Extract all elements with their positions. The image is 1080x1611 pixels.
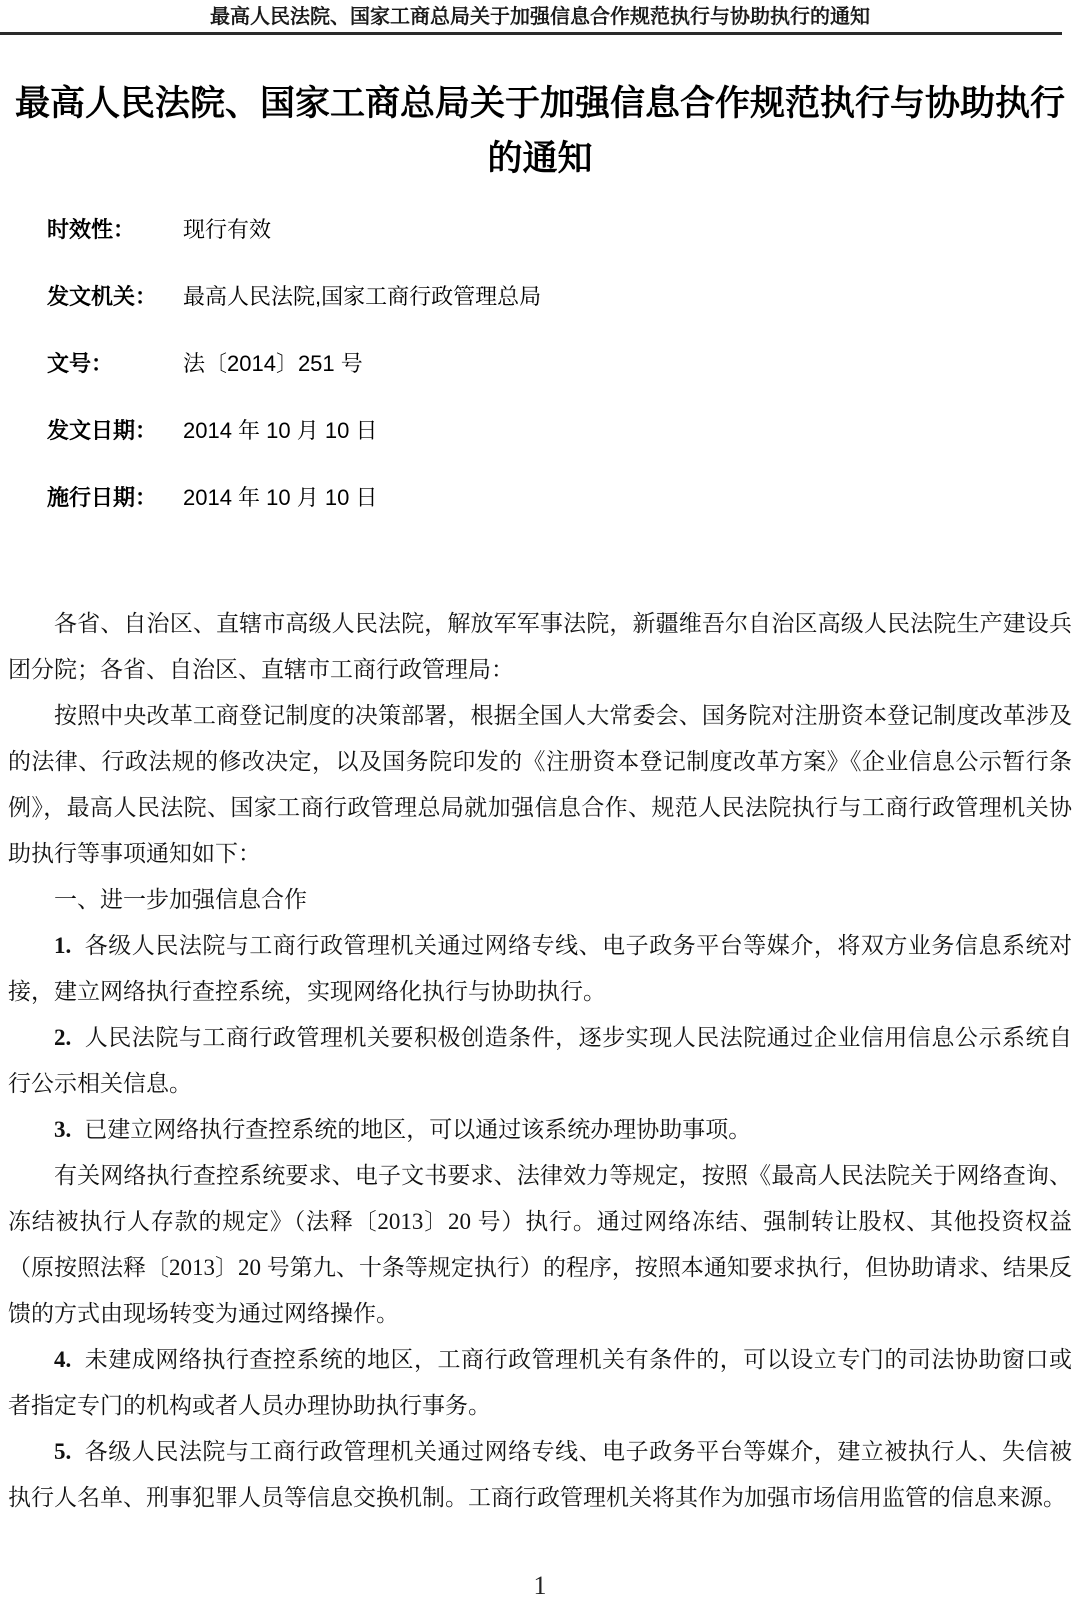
metadata-label: 时效性： xyxy=(47,218,183,241)
running-header: 最高人民法院、国家工商总局关于加强信息合作规范执行与协助执行的通知 xyxy=(0,0,1080,30)
metadata-value: 法〔2014〕251 号 xyxy=(183,352,363,375)
item-text: 已建立网络执行查控系统的地区，可以通过该系统办理协助事项。 xyxy=(84,1117,751,1142)
metadata-value: 2014 年 10 月 10 日 xyxy=(183,486,377,509)
metadata-label: 文号： xyxy=(47,352,183,375)
paragraph: 5.各级人民法院与工商行政管理机关通过网络专线、电子政务平台等媒介，建立被执行人… xyxy=(8,1429,1072,1521)
document-page: 最高人民法院、国家工商总局关于加强信息合作规范执行与协助执行的通知 最高人民法院… xyxy=(0,0,1080,1611)
item-text: 未建成网络执行查控系统的地区，工商行政管理机关有条件的，可以设立专门的司法协助窗… xyxy=(8,1347,1072,1418)
metadata-label: 发文机关： xyxy=(47,285,183,308)
paragraph: 2.人民法院与工商行政管理机关要积极创造条件，逐步实现人民法院通过企业信用信息公… xyxy=(8,1015,1072,1107)
header-rule xyxy=(0,32,1062,35)
item-number: 3. xyxy=(54,1117,71,1142)
document-title: 最高人民法院、国家工商总局关于加强信息合作规范执行与协助执行的通知 xyxy=(10,76,1070,186)
metadata-label: 施行日期： xyxy=(47,486,183,509)
metadata-label: 发文日期： xyxy=(47,419,183,442)
metadata-block: 时效性：现行有效发文机关：最高人民法院,国家工商行政管理总局文号：法〔2014〕… xyxy=(47,218,1080,509)
metadata-row: 发文机关：最高人民法院,国家工商行政管理总局 xyxy=(47,285,1080,308)
item-text: 各级人民法院与工商行政管理机关通过网络专线、电子政务平台等媒介，建立被执行人、失… xyxy=(8,1439,1072,1510)
item-text: 人民法院与工商行政管理机关要积极创造条件，逐步实现人民法院通过企业信用信息公示系… xyxy=(8,1025,1072,1096)
metadata-row: 时效性：现行有效 xyxy=(47,218,1080,241)
item-number: 5. xyxy=(54,1439,71,1464)
metadata-row: 发文日期：2014 年 10 月 10 日 xyxy=(47,419,1080,442)
paragraph: 按照中央改革工商登记制度的决策部署，根据全国人大常委会、国务院对注册资本登记制度… xyxy=(8,693,1072,877)
item-number: 2. xyxy=(54,1025,71,1050)
item-number: 1. xyxy=(54,933,71,958)
metadata-value: 最高人民法院,国家工商行政管理总局 xyxy=(183,285,541,308)
paragraph: 1.各级人民法院与工商行政管理机关通过网络专线、电子政务平台等媒介，将双方业务信… xyxy=(8,923,1072,1015)
document-body: 各省、自治区、直辖市高级人民法院，解放军军事法院，新疆维吾尔自治区高级人民法院生… xyxy=(0,601,1080,1521)
metadata-row: 文号：法〔2014〕251 号 xyxy=(47,352,1080,375)
metadata-row: 施行日期：2014 年 10 月 10 日 xyxy=(47,486,1080,509)
paragraph: 各省、自治区、直辖市高级人民法院，解放军军事法院，新疆维吾尔自治区高级人民法院生… xyxy=(8,601,1072,693)
page-number: 1 xyxy=(0,1571,1080,1601)
item-text: 各级人民法院与工商行政管理机关通过网络专线、电子政务平台等媒介，将双方业务信息系… xyxy=(8,933,1072,1004)
metadata-value: 现行有效 xyxy=(183,218,271,241)
section-heading: 一、进一步加强信息合作 xyxy=(8,877,1072,923)
paragraph: 3.已建立网络执行查控系统的地区，可以通过该系统办理协助事项。 xyxy=(8,1107,1072,1153)
item-number: 4. xyxy=(54,1347,71,1372)
paragraph: 有关网络执行查控系统要求、电子文书要求、法律效力等规定，按照《最高人民法院关于网… xyxy=(8,1153,1072,1337)
paragraph: 4.未建成网络执行查控系统的地区，工商行政管理机关有条件的，可以设立专门的司法协… xyxy=(8,1337,1072,1429)
metadata-value: 2014 年 10 月 10 日 xyxy=(183,419,377,442)
